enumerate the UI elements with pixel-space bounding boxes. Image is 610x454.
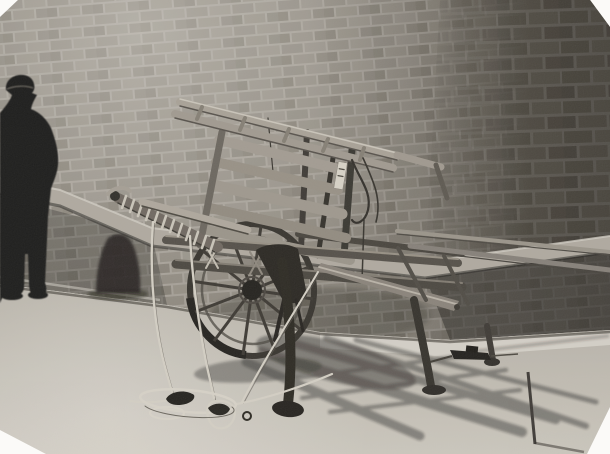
photograph: A heavy wooden two-wheeled cart stands t…	[0, 0, 610, 454]
film-grain-overlay	[0, 0, 610, 454]
photo-canvas	[0, 0, 610, 454]
